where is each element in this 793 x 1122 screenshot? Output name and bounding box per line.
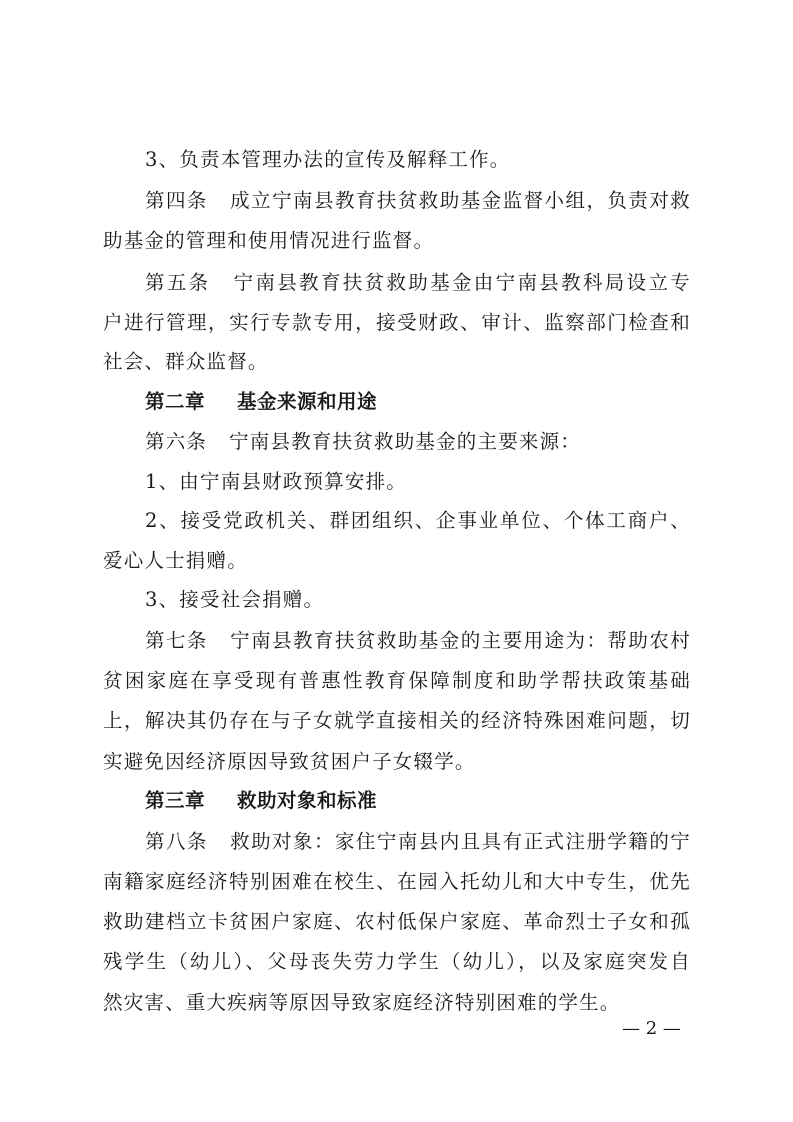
paragraph-line: 救助建档立卡贫困户家庭、农村低保户家庭、革命烈士子女和孤: [103, 907, 691, 937]
paragraph-line: 然灾害、重大疾病等原因导致家庭经济特别困难的学生。: [103, 988, 691, 1018]
paragraph-line: 爱心人士捐赠。: [103, 546, 691, 576]
article-text: 宁南县教育扶贫救助基金的主要来源：: [229, 430, 581, 453]
article-5-line: 第五条宁南县教育扶贫救助基金由宁南县教科局设立专: [145, 268, 691, 298]
paragraph-line: 社会、群众监督。: [103, 347, 691, 377]
article-8-line: 第八条救助对象：家住宁南县内且具有正式注册学籍的宁: [145, 827, 691, 857]
article-text: 救助对象：家住宁南县内且具有正式注册学籍的宁: [230, 830, 691, 853]
chapter-title: 救助对象和标准: [237, 789, 377, 812]
paragraph-line: 户进行管理，实行专款专用，接受财政、审计、监察部门检查和: [103, 308, 691, 338]
paragraph-line: 实避免因经济原因导致贫困户子女辍学。: [103, 747, 691, 777]
list-item: 2、接受党政机关、群团组织、企事业单位、个体工商户、: [145, 506, 691, 536]
paragraph-line: 助基金的管理和使用情况进行监督。: [103, 226, 691, 256]
article-6-line: 第六条宁南县教育扶贫救助基金的主要来源：: [145, 427, 691, 457]
chapter-3-heading: 第三章救助对象和标准: [145, 786, 691, 816]
chapter-title: 基金来源和用途: [237, 390, 377, 413]
paragraph-line: 南籍家庭经济特别困难在校生、在园入托幼儿和大中专生，优先: [103, 867, 691, 897]
paragraph-line: 上，解决其仍存在与子女就学直接相关的经济特殊困难问题，切: [103, 706, 691, 736]
paragraph-line: 残学生（幼儿）、父母丧失劳力学生（幼儿），以及家庭突发自: [103, 947, 691, 977]
article-text: 成立宁南县教育扶贫救助基金监督小组，负责对救: [230, 189, 691, 212]
article-text: 宁南县教育扶贫救助基金的主要用途为：帮助农村: [230, 629, 691, 652]
chapter-label: 第二章: [145, 390, 205, 413]
article-label: 第四条: [145, 189, 208, 212]
paragraph-line: 贫困家庭在享受现有普惠性教育保障制度和助学帮扶政策基础: [103, 666, 691, 696]
paragraph-line: 3、负责本管理办法的宣传及解释工作。: [145, 145, 691, 175]
chapter-2-heading: 第二章基金来源和用途: [145, 387, 691, 417]
article-label: 第六条: [145, 430, 207, 453]
list-item: 3、接受社会捐赠。: [145, 585, 691, 615]
page-number: — 2 —: [622, 1018, 681, 1039]
chapter-label: 第三章: [145, 789, 205, 812]
article-text: 宁南县教育扶贫救助基金由宁南县教科局设立专: [233, 271, 692, 294]
article-7-line: 第七条宁南县教育扶贫救助基金的主要用途为：帮助农村: [145, 626, 691, 656]
list-item: 1、由宁南县财政预算安排。: [145, 467, 691, 497]
article-label: 第七条: [145, 629, 208, 652]
document-page: 3、负责本管理办法的宣传及解释工作。 第四条成立宁南县教育扶贫救助基金监督小组，…: [0, 0, 793, 1122]
article-label: 第五条: [145, 271, 211, 294]
article-label: 第八条: [145, 830, 208, 853]
article-4-line: 第四条成立宁南县教育扶贫救助基金监督小组，负责对救: [145, 186, 691, 216]
